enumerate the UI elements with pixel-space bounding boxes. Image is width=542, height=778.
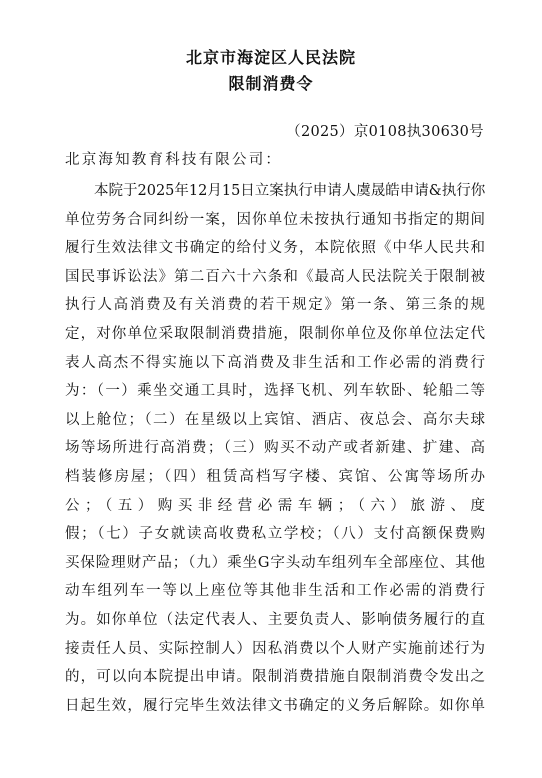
- body-line: 档装修房屋；（四）租赁高档写字楼、宾馆、公寓等场所办: [65, 463, 485, 492]
- body-line: 公；（五）购买非经营必需车辆；（六）旅游、度: [65, 492, 485, 521]
- body-line: 动车组列车一等以上座位等其他非生活和工作必需的消费行: [65, 577, 485, 606]
- body-line: 场等场所进行高消费；（三）购买不动产或者新建、扩建、高: [65, 434, 485, 463]
- body-line: 买保险理财产品；（九）乘坐G字头动车组列车全部座位、其他: [65, 549, 485, 578]
- body-line: 为：（一）乘坐交通工具时，选择飞机、列车软卧、轮船二等: [65, 377, 485, 406]
- document-type-heading: 限制消费令: [0, 71, 542, 94]
- body-line: 接责任人员、实际控制人）因私消费以个人财产实施前述行为: [65, 635, 485, 664]
- body-line: 本院于2025年12月15日立案执行申请人虞晟皓申请&执行你: [65, 177, 485, 206]
- body-line: 履行生效法律文书确定的给付义务，本院依照《中华人民共和: [65, 234, 485, 263]
- court-name-heading: 北京市海淀区人民法院: [0, 45, 542, 68]
- body-line: 执行人高消费及有关消费的若干规定》第一条、第三条的规: [65, 291, 485, 320]
- body-line: 以上舱位；（二）在星级以上宾馆、酒店、夜总会、高尔夫球: [65, 406, 485, 435]
- addressee: 北京海知教育科技有限公司：: [65, 148, 282, 169]
- body-line: 日起生效，履行完毕生效法律文书确定的义务后解除。如你单: [65, 692, 485, 721]
- body-line: 表人高杰不得实施以下高消费及非生活和工作必需的消费行: [65, 349, 485, 378]
- body-line: 国民事诉讼法》第二百六十六条和《最高人民法院关于限制被: [65, 263, 485, 292]
- document-page: 北京市海淀区人民法院 限制消费令 （2025）京0108执30630号 北京海知…: [0, 0, 542, 778]
- body-text: 本院于2025年12月15日立案执行申请人虞晟皓申请&执行你 单位劳务合同纠纷一…: [65, 177, 485, 720]
- body-line: 定，对你单位采取限制消费措施，限制你单位及你单位法定代: [65, 320, 485, 349]
- body-line: 假；（七）子女就读高收费私立学校；（八）支付高额保费购: [65, 520, 485, 549]
- body-line: 单位劳务合同纠纷一案，因你单位未按执行通知书指定的期间: [65, 206, 485, 235]
- body-line: 的，可以向本院提出申请。限制消费措施自限制消费令发出之: [65, 663, 485, 692]
- body-line: 为。如你单位（法定代表人、主要负责人、影响债务履行的直: [65, 606, 485, 635]
- case-number: （2025）京0108执30630号: [286, 120, 484, 141]
